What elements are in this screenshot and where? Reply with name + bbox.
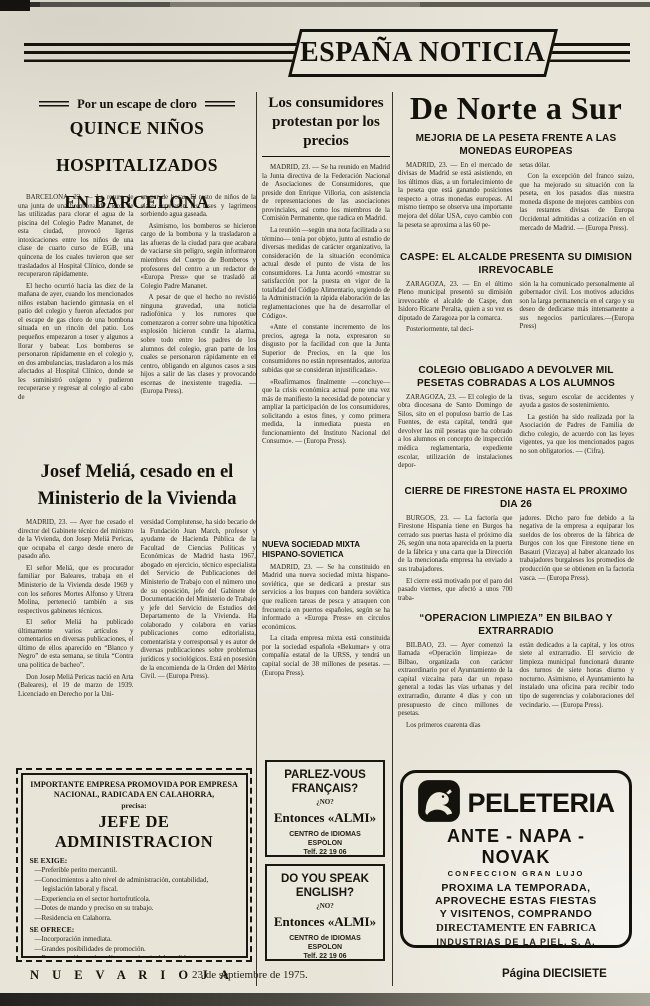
fur-ad-body-line: PROXIMA LA TEMPORADA, bbox=[441, 882, 590, 894]
scan-corner-mark bbox=[0, 0, 30, 11]
kicker-rule-icon bbox=[39, 101, 69, 109]
paragraph: Los primeros cuarenta días bbox=[398, 722, 513, 731]
section-column: sión la ha comunicado personalmente al g… bbox=[520, 281, 635, 359]
page-number: Página DIECISIETE bbox=[502, 968, 607, 980]
column-rule bbox=[392, 92, 393, 986]
scan-edge-bottom bbox=[0, 993, 650, 1006]
article-column: BARCELONA, 23. — La rotura de una junta … bbox=[18, 194, 134, 452]
paragraph: versidad Complutense, ha sido becario de… bbox=[141, 519, 257, 682]
paragraph: —Preferible perito mercantil. bbox=[30, 866, 239, 875]
article-column: versidad Complutense, ha sido becario de… bbox=[141, 519, 257, 761]
paragraph: ZARAGOZA, 23. — En el último Pleno munic… bbox=[398, 281, 513, 324]
section-column: están dedicados a la capital, y los otro… bbox=[520, 642, 635, 742]
ad-question: DO YOU SPEAK ENGLISH? bbox=[267, 873, 383, 901]
section-column: ZARAGOZA, 23. — En el último Pleno munic… bbox=[398, 281, 513, 359]
ad-school-line: ESPOLON bbox=[308, 840, 342, 847]
job-ad-offers: —Incorporación inmediata.—Grandes posibi… bbox=[30, 935, 239, 958]
job-ad-title: JEFE DE ADMINISTRACION bbox=[30, 812, 239, 852]
ad-no: ¿NO? bbox=[267, 902, 383, 910]
paragraph: —Experiencia en el sector hortofrutícola… bbox=[30, 895, 239, 904]
paragraph: BILBAO, 23. — Ayer comenzó la llamada «O… bbox=[398, 642, 513, 719]
fur-ad-direct: DIRECTAMENTE EN FABRICA bbox=[411, 922, 621, 934]
paragraph: El hecho ocurrió hacia las diez de la ma… bbox=[18, 283, 134, 403]
paragraph: La reunión —según una nota facilitada a … bbox=[262, 227, 390, 321]
middle-column: Los consumidores protestan por los preci… bbox=[262, 94, 390, 681]
article-column: MADRID, 23. — Ayer fue cesado el directo… bbox=[18, 519, 134, 761]
job-ad-offer-label: SE OFRECE: bbox=[30, 925, 239, 934]
ad-no: ¿NO? bbox=[267, 798, 383, 806]
right-column: De Norte a Sur MEJORIA DE LA PESETA FREN… bbox=[398, 92, 634, 742]
news-section: “OPERACION LIMPIEZA” EN BILBAO Y EXTRARR… bbox=[398, 612, 634, 742]
paragraph: setas dólar. bbox=[520, 162, 635, 171]
fur-ad-body: PROXIMA LA TEMPORADA, APROVECHE ESTAS FI… bbox=[411, 882, 621, 921]
kicker-rule-icon bbox=[205, 101, 235, 109]
page-footer: N U E V A R I O J A 23 de septiembre de … bbox=[0, 968, 650, 988]
ad-school: CENTRO de IDIOMAS ESPOLON Telf. 22 19 06 bbox=[267, 830, 383, 858]
paragraph: sión la ha comunicado personalmente al g… bbox=[520, 281, 635, 332]
ad-question-line: FRANÇAIS? bbox=[292, 783, 358, 795]
paragraph: A pesar de que el hecho no revistió ning… bbox=[141, 294, 257, 397]
scan-edge-top bbox=[0, 2, 650, 7]
article-melia: MADRID, 23. — Ayer fue cesado el directo… bbox=[18, 519, 256, 761]
weasel-icon bbox=[417, 779, 461, 828]
ad-phone: Telf. 22 19 06 bbox=[303, 953, 346, 960]
paragraph: BARCELONA, 23. — La rotura de una junta … bbox=[18, 194, 134, 280]
paragraph: El señor Meliá ha publicado últimamente … bbox=[18, 619, 134, 670]
job-ad: IMPORTANTE EMPRESA PROMOVIDA POR EMPRESA… bbox=[16, 768, 252, 962]
paragraph: están dedicados a la capital, y los otro… bbox=[520, 642, 635, 711]
section-column: tivas, seguro escolar de accidentes y ay… bbox=[520, 394, 635, 480]
ad-question-line: ENGLISH? bbox=[296, 887, 354, 899]
subhead-sociedad-mixta: NUEVA SOCIEDAD MIXTA HISPANO-SOVIETICA bbox=[262, 540, 390, 561]
paragraph: ZARAGOZA, 23. — El colegio de la obra di… bbox=[398, 394, 513, 471]
paragraph: —Incorporación inmediata. bbox=[30, 935, 239, 944]
fur-ad-body-line: Y VISITENOS, COMPRANDO bbox=[440, 908, 593, 920]
paragraph: —Residencia en Calahorra. bbox=[30, 914, 239, 923]
ad-phone: Telf. 22 19 06 bbox=[303, 849, 346, 856]
section-column: jadores. Dicho paro fue debido a la nega… bbox=[520, 515, 635, 607]
ad-answer: Entonces «ALMI» bbox=[267, 810, 383, 826]
ad-answer: Entonces «ALMI» bbox=[267, 914, 383, 930]
paragraph: La gestión ha sido realizada por la Asoc… bbox=[520, 414, 635, 457]
headline-line: Josef Meliá, cesado en el bbox=[41, 462, 234, 482]
fur-shop-ad: PELETERIA ANTE - NAPA - NOVAK CONFECCION… bbox=[400, 770, 632, 948]
section-column: MADRID, 23. — En el mercado de divisas d… bbox=[398, 162, 513, 246]
masthead-rule-left bbox=[24, 43, 302, 62]
paragraph: «Reafirmamos finalmente —concluye— que l… bbox=[262, 379, 390, 448]
fur-ad-tagline: CONFECCION GRAN LUJO bbox=[411, 869, 621, 878]
column-rule bbox=[256, 92, 257, 986]
fur-ad-brand: INDUPISA bbox=[411, 947, 621, 948]
job-ad-precisa: precisa: bbox=[30, 801, 239, 810]
ad-school-line: CENTRO de IDIOMAS bbox=[289, 831, 361, 838]
article-barcelona: BARCELONA, 23. — La rotura de una junta … bbox=[18, 194, 256, 452]
section-column: ZARAGOZA, 23. — El colegio de la obra di… bbox=[398, 394, 513, 480]
paragraph: MADRID, 23. — Ayer fue cesado el directo… bbox=[18, 519, 134, 562]
paragraph: Don Josep Meliá Pericas nació en Arta (B… bbox=[18, 674, 134, 700]
section-column: BURGOS, 23. — La factoría que Firestone … bbox=[398, 515, 513, 607]
section-column: setas dólar.Con la excepción del franco … bbox=[520, 162, 635, 246]
article-column: un par de horas. El resto de niños de la… bbox=[141, 194, 257, 452]
fur-ad-company: INDUSTRIAS DE LA PIEL, S. A. bbox=[411, 937, 621, 947]
masthead: ESPAÑA NOTICIA bbox=[288, 29, 558, 77]
headline-line: QUINCE NIÑOS HOSPITALIZADOS bbox=[56, 118, 218, 175]
headline-line: Ministerio de la Vivienda bbox=[38, 489, 237, 509]
paragraph: MADRID, 23. — Se ha constituido en Madri… bbox=[262, 564, 390, 633]
news-section: CASPE: EL ALCALDE PRESENTA SU DIMISION I… bbox=[398, 251, 634, 359]
job-ad-intro: IMPORTANTE EMPRESA PROMOVIDA POR EMPRESA… bbox=[30, 780, 239, 801]
headline-melia: Josef Meliá, cesado en el Ministerio de … bbox=[18, 459, 256, 513]
paragraph: Asimismo, los bomberos se hicieron cargo… bbox=[141, 223, 257, 292]
headline-consumidores: Los consumidores protestan por los preci… bbox=[262, 94, 390, 157]
issue-date: 23 de septiembre de 1975. bbox=[192, 969, 308, 981]
news-section: CIERRE DE FIRESTONE HASTA EL PROXIMO DIA… bbox=[398, 485, 634, 607]
ad-school-line: ESPOLON bbox=[308, 944, 342, 951]
article-consumidores: MADRID, 23. — Se ha reunido en Madrid la… bbox=[262, 164, 390, 536]
paragraph: —Grandes posibilidades de promoción. bbox=[30, 945, 239, 954]
ad-question: PARLEZ-VOUS FRANÇAIS? bbox=[267, 769, 383, 797]
news-section: MEJORIA DE LA PESETA FRENTE A LAS MONEDA… bbox=[398, 132, 634, 246]
section-subhead: CIERRE DE FIRESTONE HASTA EL PROXIMO DIA… bbox=[398, 485, 634, 512]
paragraph: BURGOS, 23. — La factoría que Firestone … bbox=[398, 515, 513, 575]
paragraph: Con la excepción del franco suizo, que h… bbox=[520, 173, 635, 233]
fur-ad-materials: ANTE - NAPA - NOVAK bbox=[411, 826, 621, 868]
paragraph: jadores. Dicho paro fue debido a la nega… bbox=[520, 515, 635, 584]
paragraph: El señor Meliá, que es procurador famili… bbox=[18, 565, 134, 616]
fur-ad-title: PELETERIA bbox=[467, 788, 614, 819]
paragraph: —Dotes de mando y preciso en su trabajo. bbox=[30, 904, 239, 913]
paragraph: tivas, seguro escolar de accidentes y ay… bbox=[520, 394, 635, 411]
paragraph: —Remuneración según valía y experiencia … bbox=[30, 954, 239, 957]
language-ad-french: PARLEZ-VOUS FRANÇAIS? ¿NO? Entonces «ALM… bbox=[265, 760, 385, 857]
section-subhead: MEJORIA DE LA PESETA FRENTE A LAS MONEDA… bbox=[398, 132, 634, 159]
section-subhead: COLEGIO OBLIGADO A DEVOLVER MIL PESETAS … bbox=[398, 364, 634, 391]
ad-school-line: CENTRO de IDIOMAS bbox=[289, 935, 361, 942]
paragraph: MADRID, 23. — En el mercado de divisas d… bbox=[398, 162, 513, 231]
fur-ad-body-line: APROVECHE ESTAS FIESTAS bbox=[435, 895, 597, 907]
job-ad-require-label: SE EXIGE: bbox=[30, 856, 239, 865]
section-subhead: “OPERACION LIMPIEZA” EN BILBAO Y EXTRARR… bbox=[398, 612, 634, 639]
ad-question-line: DO YOU SPEAK bbox=[281, 873, 369, 885]
job-ad-requirements: —Preferible perito mercantil.—Conocimien… bbox=[30, 866, 239, 923]
section-column: BILBAO, 23. — Ayer comenzó la llamada «O… bbox=[398, 642, 513, 742]
article-sociedad-mixta: MADRID, 23. — Se ha constituido en Madri… bbox=[262, 564, 390, 678]
language-ad-english: DO YOU SPEAK ENGLISH? ¿NO? Entonces «ALM… bbox=[265, 864, 385, 961]
masthead-title: ESPAÑA NOTICIA bbox=[300, 37, 545, 69]
paragraph: El cierre está motivado por el paro del … bbox=[398, 578, 513, 604]
paragraph: La citada empresa mixta está constituida… bbox=[262, 635, 390, 678]
newspaper-page: ESPAÑA NOTICIA Por un escape de cloro QU… bbox=[0, 0, 650, 1006]
paragraph: Posteriormente, tal deci- bbox=[398, 326, 513, 335]
headline-de-norte-a-sur: De Norte a Sur bbox=[398, 92, 634, 126]
paragraph: «Ante el constante incremento de los pre… bbox=[262, 324, 390, 375]
paragraph: un par de horas. El resto de niños de la… bbox=[141, 194, 257, 220]
news-section: COLEGIO OBLIGADO A DEVOLVER MIL PESETAS … bbox=[398, 364, 634, 480]
section-subhead: CASPE: EL ALCALDE PRESENTA SU DIMISION I… bbox=[398, 251, 634, 278]
job-ad-inner: IMPORTANTE EMPRESA PROMOVIDA POR EMPRESA… bbox=[21, 773, 248, 958]
paragraph: MADRID, 23. — Se ha reunido en Madrid la… bbox=[262, 164, 390, 224]
paragraph: —Conocimientos a alto nivel de administr… bbox=[30, 876, 239, 894]
ad-school: CENTRO de IDIOMAS ESPOLON Telf. 22 19 06 bbox=[267, 934, 383, 962]
ad-question-line: PARLEZ-VOUS bbox=[284, 769, 366, 781]
